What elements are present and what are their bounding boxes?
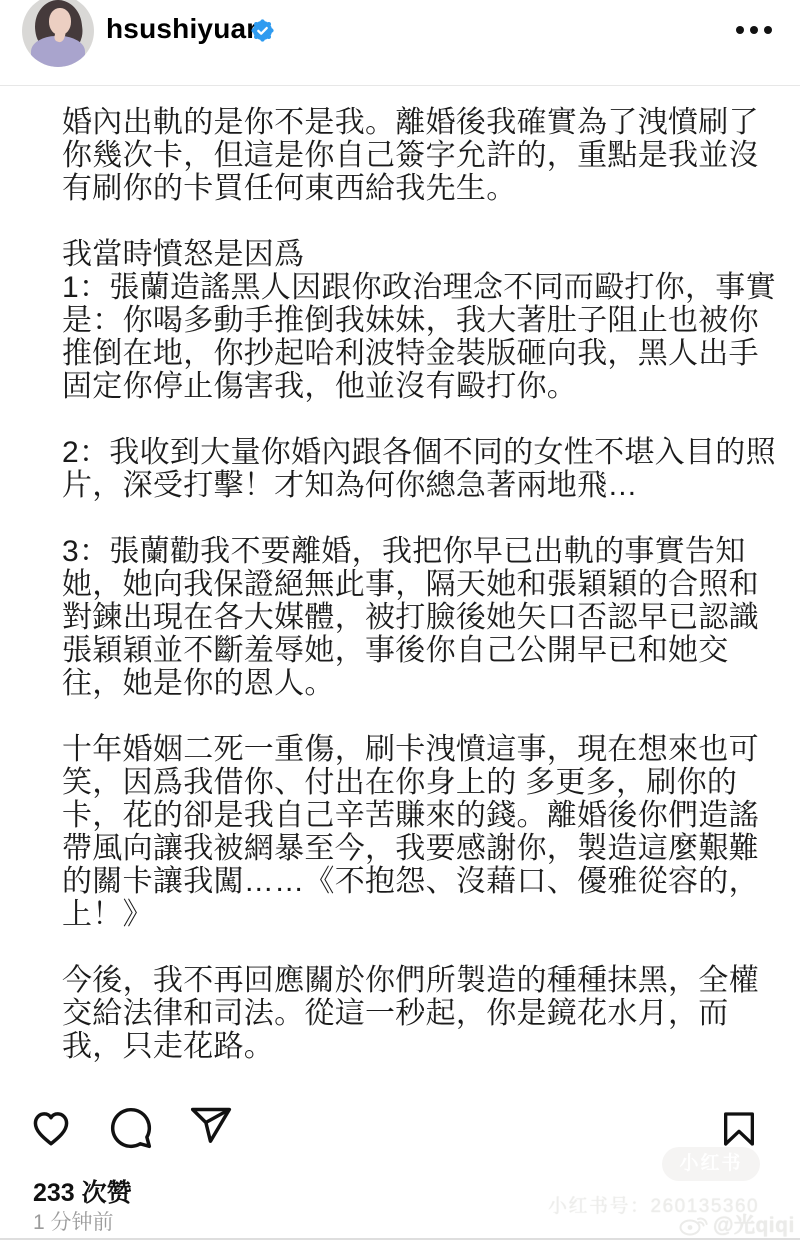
bookmark-button[interactable]	[719, 1107, 759, 1151]
dot-icon	[764, 26, 772, 34]
likes-count[interactable]: 233 次赞	[33, 1173, 132, 1209]
heart-icon	[29, 1106, 73, 1150]
comment-button[interactable]	[109, 1106, 153, 1150]
bookmark-icon	[719, 1107, 759, 1151]
post-paragraph: 今後，我不再回應關於你們所製造的種種抹黑，全權 交給法律和司法。從這一秒起，你是…	[62, 964, 782, 1063]
action-bar	[0, 1100, 800, 1160]
weibo-handle: @光qiqi	[713, 1209, 795, 1239]
post-paragraph: 2：我收到大量你婚內跟各個不同的女性不堪入目的照 片，深受打擊！才知為何你總急著…	[62, 436, 782, 502]
more-options-button[interactable]	[736, 24, 776, 36]
dot-icon	[750, 26, 758, 34]
post-paragraph: 十年婚姻二死一重傷，刷卡洩憤這事，現在想來也可 笑，因爲我借你、付出在你身上的 …	[62, 733, 782, 931]
verified-badge-icon	[251, 19, 274, 42]
weibo-logo-icon	[678, 1212, 710, 1236]
post-header: hsushiyuan	[0, 0, 800, 86]
post-text-image: 婚內出軌的是你不是我。離婚後我確實為了洩憤刷了 你幾次卡，但這是你自己簽字允許的…	[62, 106, 782, 1096]
instagram-post-screenshot: hsushiyuan 婚內出軌的是你不是我。離婚後我確實為了洩憤刷了 你幾次卡，…	[0, 0, 800, 1243]
username[interactable]: hsushiyuan	[106, 13, 264, 45]
post-paragraph: 3：張蘭勸我不要離婚，我把你早已出軌的事實告知 她，她向我保證絕無此事，隔天她和…	[62, 535, 782, 700]
post-paragraph: 婚內出軌的是你不是我。離婚後我確實為了洩憤刷了 你幾次卡，但這是你自己簽字允許的…	[62, 106, 782, 205]
dot-icon	[736, 26, 744, 34]
post-paragraph: 我當時憤怒是因爲 1：張蘭造謠黑人因跟你政治理念不同而毆打你，事實 是：你喝多動…	[62, 238, 782, 403]
bottom-divider	[0, 1238, 800, 1240]
share-button[interactable]	[189, 1104, 233, 1148]
header-divider	[0, 85, 800, 86]
avatar[interactable]	[22, 0, 94, 67]
speech-bubble-icon	[109, 1106, 153, 1150]
weibo-watermark: @光qiqi	[678, 1209, 795, 1239]
paper-plane-icon	[189, 1104, 233, 1148]
post-timestamp: 1 分钟前	[33, 1206, 114, 1236]
like-button[interactable]	[29, 1106, 73, 1150]
